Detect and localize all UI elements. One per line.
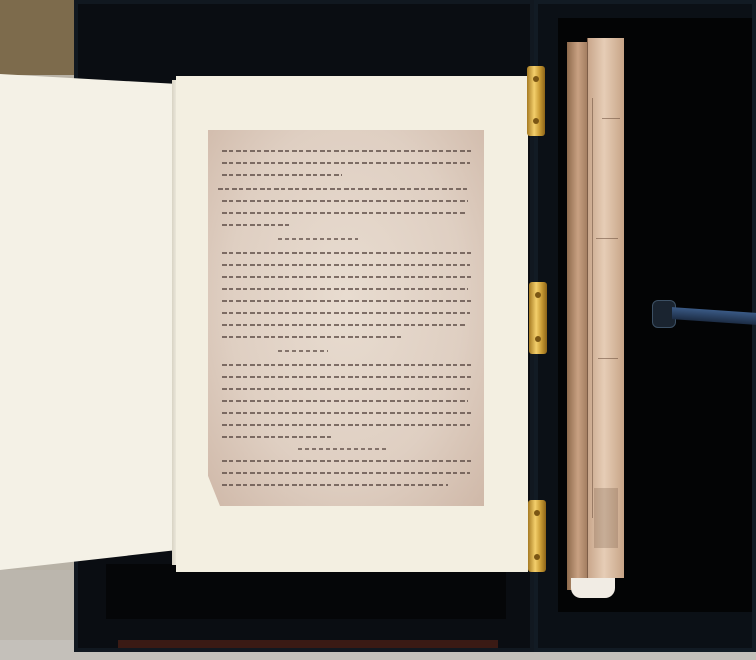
manuscript-line <box>222 472 470 474</box>
map-roll-front <box>587 38 624 578</box>
manuscript-line <box>222 224 292 226</box>
map-line <box>594 488 618 548</box>
brass-hinge-icon <box>528 500 546 572</box>
screw-icon <box>534 554 540 560</box>
manuscript-line <box>222 150 472 152</box>
manuscript-heading <box>278 350 328 352</box>
screw-icon <box>535 292 541 298</box>
screw-icon <box>533 118 539 124</box>
manuscript-line <box>222 412 472 414</box>
map-roll-end-cap <box>571 578 615 598</box>
latch-strap[interactable] <box>652 296 756 330</box>
manuscript-line <box>218 188 468 190</box>
manuscript-line <box>222 376 472 378</box>
manuscript-heading <box>278 238 358 240</box>
manuscript-line <box>222 212 466 214</box>
background-table-top <box>0 0 75 75</box>
brass-hinge-icon <box>527 66 545 136</box>
manuscript-heading <box>298 448 388 450</box>
tray-inner-well <box>106 564 506 619</box>
manuscript-line <box>222 200 468 202</box>
screw-icon <box>533 76 539 82</box>
map-line <box>592 98 593 518</box>
folio-left-page <box>0 74 176 570</box>
manuscript-line <box>222 300 472 302</box>
manuscript-leaf <box>208 130 484 506</box>
manuscript-line <box>222 162 470 164</box>
manuscript-line <box>222 364 472 366</box>
map-line <box>602 118 620 119</box>
tray-wood-lip <box>118 640 498 648</box>
manuscript-line <box>222 436 332 438</box>
map-line <box>598 358 618 359</box>
manuscript-line <box>222 388 470 390</box>
manuscript-line <box>222 288 468 290</box>
map-roll-back <box>567 42 589 590</box>
manuscript-line <box>222 400 468 402</box>
manuscript-line <box>222 460 472 462</box>
brass-hinge-icon <box>529 282 547 354</box>
manuscript-line <box>222 264 470 266</box>
rolled-map[interactable] <box>567 38 625 598</box>
map-line <box>596 238 618 239</box>
manuscript-line <box>222 252 472 254</box>
manuscript-line <box>222 324 466 326</box>
manuscript-line <box>222 424 470 426</box>
manuscript-line <box>222 336 402 338</box>
latch-bar <box>672 307 756 325</box>
screw-icon <box>535 336 541 342</box>
screw-icon <box>534 510 540 516</box>
manuscript-line <box>222 312 470 314</box>
manuscript-line <box>222 174 342 176</box>
manuscript-line <box>222 276 472 278</box>
manuscript-line <box>222 484 448 486</box>
